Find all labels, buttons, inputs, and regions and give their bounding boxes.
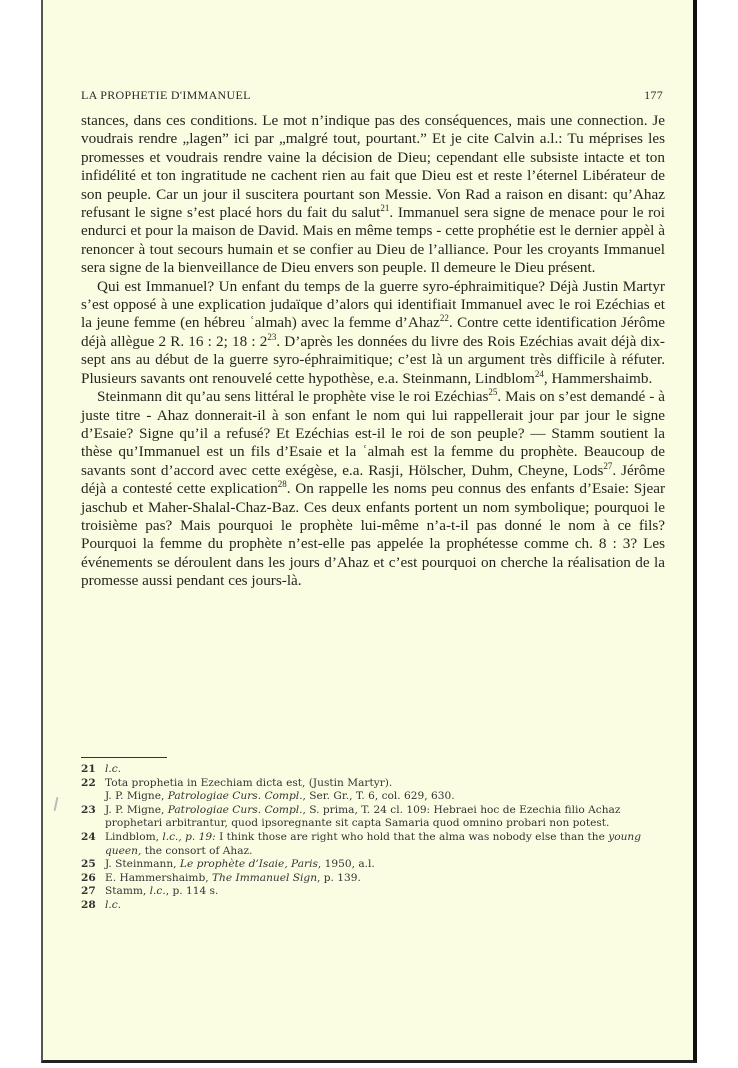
footnote-ref-22: 22 <box>440 313 449 323</box>
footnote-25: 25 J. Steinmann, Le prophète d’Isaie, Pa… <box>81 858 641 872</box>
footnote-ref-28: 28 <box>278 479 287 489</box>
running-head: LA PROPHETIE D'IMMANUEL 177 <box>81 88 663 103</box>
footnotes: 21 l.c. 22 Tota prophetia in Ezechiam di… <box>81 763 641 913</box>
paragraph-1: stances, dans ces conditions. Le mot n’i… <box>81 112 665 278</box>
running-title: LA PROPHETIE D'IMMANUEL <box>81 88 251 103</box>
footnote-22: 22 Tota prophetia in Ezechiam dicta est,… <box>81 777 641 804</box>
footnote-24: 24 Lindblom, l.c., p. 19: I think those … <box>81 831 641 858</box>
paragraph-3: Steinmann dit qu’au sens littéral le pro… <box>81 388 665 590</box>
footnote-27: 27 Stamm, l.c., p. 114 s. <box>81 885 641 899</box>
footnote-ref-21: 21 <box>380 203 389 213</box>
body-text: stances, dans ces conditions. Le mot n’i… <box>81 112 665 591</box>
footnote-ref-24: 24 <box>535 369 544 379</box>
footnote-21: 21 l.c. <box>81 763 641 777</box>
footnote-23: 23 J. P. Migne, Patrologiae Curs. Compl.… <box>81 804 641 831</box>
paragraph-2: Qui est Immanuel? Un enfant du temps de … <box>81 278 665 388</box>
footnote-ref-23: 23 <box>267 332 276 342</box>
footnote-divider <box>81 757 167 758</box>
footnote-28: 28 l.c. <box>81 899 641 913</box>
footnote-26: 26 E. Hammershaimb, The Immanuel Sign, p… <box>81 872 641 886</box>
page-number: 177 <box>644 88 663 103</box>
